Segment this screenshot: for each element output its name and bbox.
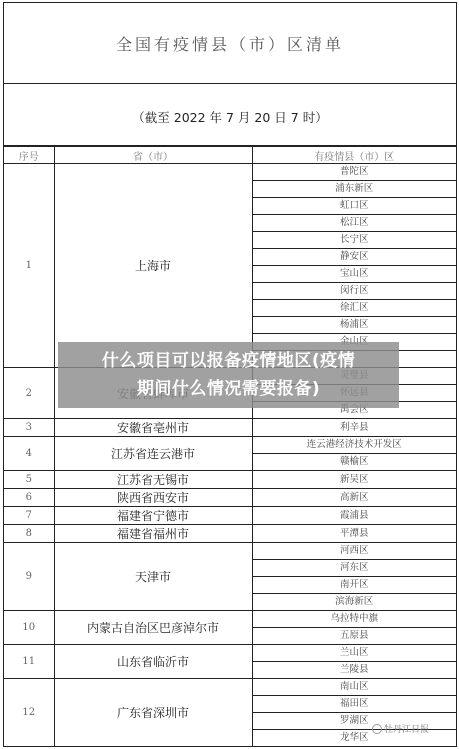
table-row: 1上海市普陀区	[4, 164, 456, 181]
table-row: 6陕西省西安市高新区	[4, 489, 456, 507]
row-district: 霞浦县	[252, 507, 456, 525]
row-district: 普陀区	[252, 164, 456, 181]
row-district: 赣榆区	[252, 454, 456, 471]
table-row: 12广东省深圳市南山区	[4, 679, 456, 696]
row-seq: 12	[4, 679, 54, 747]
row-district: 五原县	[252, 628, 456, 645]
row-district: 杨浦区	[252, 317, 456, 334]
row-district: 浦东新区	[252, 181, 456, 198]
row-province: 内蒙古自治区巴彦淖尔市	[54, 611, 252, 645]
row-seq: 7	[4, 507, 54, 525]
row-district: 河西区	[252, 543, 456, 560]
table-row: 3安徽省亳州市利辛县	[4, 419, 456, 437]
headline-overlay-banner: 什么项目可以报备疫情地区(疫情 期间什么情况需要报备)	[58, 342, 399, 408]
row-district: 宝山区	[252, 266, 456, 283]
row-province: 福建省宁德市	[54, 507, 252, 525]
row-province: 江苏省无锡市	[54, 471, 252, 489]
row-province: 江苏省连云港市	[54, 437, 252, 471]
row-seq: 4	[4, 437, 54, 471]
row-district: 福田区	[252, 696, 456, 713]
date-note: （截至 2022 年 7 月 20 日 7 时）	[4, 84, 456, 146]
row-district: 松江区	[252, 215, 456, 232]
row-district: 兰山区	[252, 645, 456, 662]
row-district: 闵行区	[252, 283, 456, 300]
row-district: 静安区	[252, 249, 456, 266]
row-seq: 2	[4, 368, 54, 419]
row-district: 南开区	[252, 577, 456, 594]
table-row: 4江苏省连云港市连云港经济技术开发区	[4, 437, 456, 454]
row-province: 广东省深圳市	[54, 679, 252, 747]
row-seq: 9	[4, 543, 54, 611]
row-district: 连云港经济技术开发区	[252, 437, 456, 454]
table-row: 7福建省宁德市霞浦县	[4, 507, 456, 525]
wechat-icon	[372, 724, 382, 734]
row-district: 河东区	[252, 560, 456, 577]
row-district: 长宁区	[252, 232, 456, 249]
row-district: 高新区	[252, 489, 456, 507]
row-seq: 3	[4, 419, 54, 437]
row-district: 兰陵县	[252, 662, 456, 679]
table-row: 9天津市河西区	[4, 543, 456, 560]
row-district: 虹口区	[252, 198, 456, 215]
row-district: 平潭县	[252, 525, 456, 543]
source-watermark: 牡丹江日报	[372, 722, 429, 735]
header-province: 省（市）	[54, 147, 252, 164]
header-seq: 序号	[4, 147, 54, 164]
watermark-text: 牡丹江日报	[384, 722, 429, 735]
row-province: 上海市	[54, 164, 252, 368]
row-province: 福建省福州市	[54, 525, 252, 543]
row-province: 陕西省西安市	[54, 489, 252, 507]
headline-line-1: 什么项目可以报备疫情地区(疫情	[58, 347, 399, 375]
county-table: 序号 省（市） 有疫情县（市）区 1上海市普陀区浦东新区虹口区松江区长宁区静安区…	[4, 146, 456, 747]
row-seq: 1	[4, 164, 54, 368]
row-seq: 6	[4, 489, 54, 507]
table-row: 10内蒙古自治区巴彦淖尔市乌拉特中旗	[4, 611, 456, 628]
row-district: 南山区	[252, 679, 456, 696]
row-province: 安徽省亳州市	[54, 419, 252, 437]
row-district: 徐汇区	[252, 300, 456, 317]
row-district: 乌拉特中旗	[252, 611, 456, 628]
row-seq: 10	[4, 611, 54, 645]
row-district: 利辛县	[252, 419, 456, 437]
row-province: 山东省临沂市	[54, 645, 252, 679]
row-district: 新吴区	[252, 471, 456, 489]
headline-line-2: 期间什么情况需要报备)	[58, 375, 399, 403]
table-header-row: 序号 省（市） 有疫情县（市）区	[4, 147, 456, 164]
table-row: 5江苏省无锡市新吴区	[4, 471, 456, 489]
row-seq: 8	[4, 525, 54, 543]
row-province: 天津市	[54, 543, 252, 611]
document-title: 全国有疫情县（市）区清单	[4, 3, 456, 84]
header-districts: 有疫情县（市）区	[252, 147, 456, 164]
table-row: 8福建省福州市平潭县	[4, 525, 456, 543]
row-district: 滨海新区	[252, 594, 456, 611]
row-seq: 11	[4, 645, 54, 679]
table-row: 11山东省临沂市兰山区	[4, 645, 456, 662]
row-seq: 5	[4, 471, 54, 489]
